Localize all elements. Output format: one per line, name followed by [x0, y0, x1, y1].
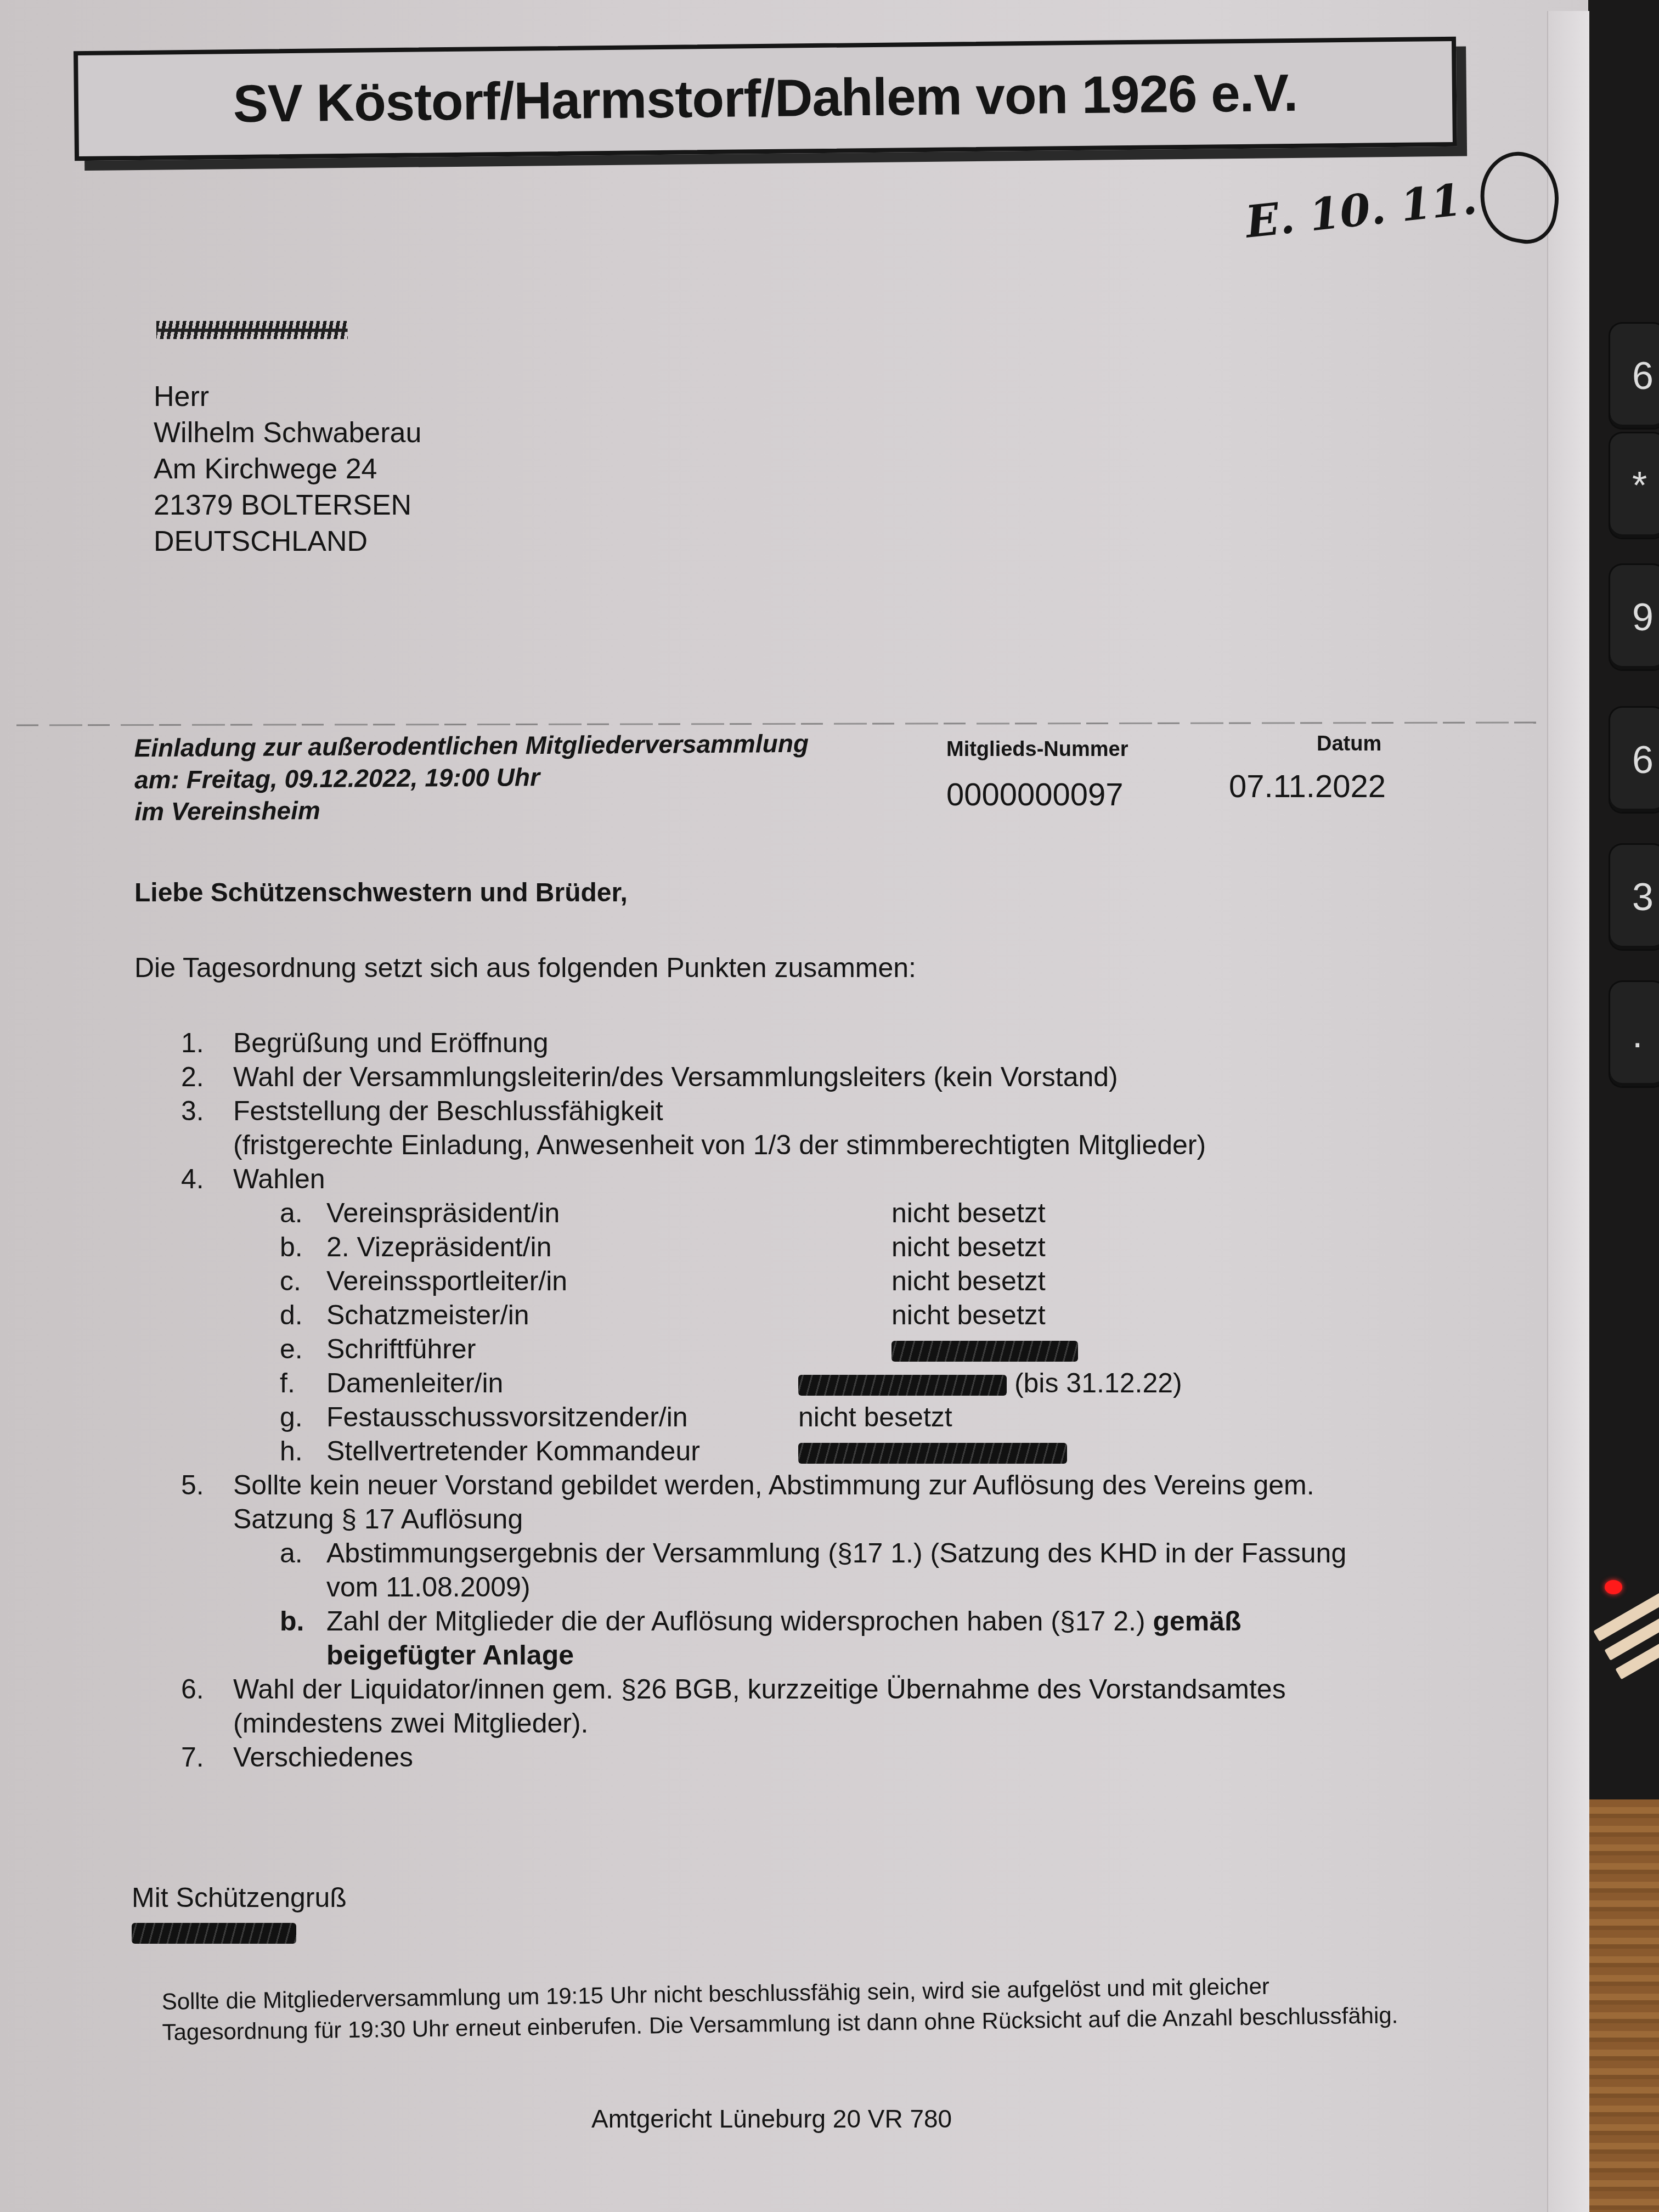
agenda-item: 7. Verschiedenes	[181, 1740, 1498, 1774]
agenda-item: 1. Begrüßung und Eröffnung	[181, 1026, 1498, 1060]
agenda-number: 3.	[181, 1094, 233, 1162]
address-salutation: Herr	[154, 379, 421, 415]
agenda-text: Wahlen	[233, 1162, 1498, 1196]
election-letter: e.	[280, 1332, 326, 1366]
subject-block: Einladung zur außerodentlichen Mitgliede…	[134, 727, 809, 828]
dissolution-letter: a.	[280, 1536, 326, 1604]
agenda-number: 4.	[181, 1162, 233, 1196]
greeting: Liebe Schützenschwestern und Brüder,	[134, 878, 628, 908]
agenda-item: 4. Wahlen	[181, 1162, 1498, 1196]
agenda-number: 7.	[181, 1740, 233, 1774]
address-street: Am Kirchwege 24	[154, 451, 421, 487]
agenda-text: Begrüßung und Eröffnung	[233, 1026, 1498, 1060]
election-letter: g.	[280, 1400, 326, 1434]
election-role: 2. Vizepräsident/in	[326, 1230, 891, 1264]
paper-edge	[1547, 11, 1589, 2212]
dissolution-text-line: vom 11.08.2009)	[326, 1572, 531, 1602]
initials-signature-icon	[1474, 146, 1566, 248]
election-status: nicht besetzt	[891, 1298, 1046, 1332]
agenda-text: Feststellung der Beschlussfähigkeit (fri…	[233, 1094, 1498, 1162]
election-row: c. Vereinssportleiter/in nicht besetzt	[280, 1264, 1498, 1298]
keyboard-key: *	[1610, 433, 1659, 538]
dissolution-letter: b.	[280, 1604, 326, 1672]
agenda-number: 5.	[181, 1468, 233, 1536]
election-role: Festausschussvorsitzender/in	[326, 1400, 798, 1434]
election-row: b. 2. Vizepräsident/in nicht besetzt	[280, 1230, 1498, 1264]
dissolution-text-line: beigefügter Anlage	[326, 1640, 574, 1671]
election-status-redacted	[798, 1434, 1067, 1468]
received-date: E. 10. 11.	[1243, 172, 1479, 248]
keyboard-key: 3	[1610, 845, 1659, 949]
agenda-text-line: Sollte kein neuer Vorstand gebildet werd…	[233, 1470, 1314, 1500]
address-country: DEUTSCHLAND	[154, 523, 421, 560]
election-status: nicht besetzt	[891, 1230, 1046, 1264]
election-status-redacted	[891, 1332, 1078, 1366]
keyboard-key: .	[1610, 982, 1659, 1086]
redaction-mark	[798, 1443, 1067, 1464]
dissolution-row: a. Abstimmungsergebnis der Versammlung (…	[280, 1536, 1498, 1604]
election-status: nicht besetzt	[891, 1264, 1046, 1298]
election-letter: d.	[280, 1298, 326, 1332]
agenda-number: 1.	[181, 1026, 233, 1060]
election-status: nicht besetzt	[891, 1196, 1046, 1230]
election-letter: b.	[280, 1230, 326, 1264]
redaction-mark	[798, 1375, 1007, 1396]
keyboard-key: 9	[1610, 565, 1659, 669]
agenda-item: 3. Feststellung der Beschlussfähigkeit (…	[181, 1094, 1498, 1162]
keyboard-key: 6	[1610, 324, 1659, 428]
election-role: Schatzmeister/in	[326, 1298, 891, 1332]
intro-text: Die Tagesordnung setzt sich aus folgende…	[134, 952, 916, 984]
election-letter: h.	[280, 1434, 326, 1468]
dissolution-text-line: Abstimmungsergebnis der Versammlung (§17…	[326, 1538, 1346, 1568]
subject-date-line: am: Freitag, 09.12.2022, 19:00 Uhr	[134, 759, 809, 796]
address-city: 21379 BOLTERSEN	[154, 487, 421, 523]
closing-phrase: Mit Schützengruß	[132, 1882, 347, 1914]
election-role: Schriftführer	[326, 1332, 891, 1366]
address-name: Wilhelm Schwaberau	[154, 415, 421, 451]
election-row: g. Festausschussvorsitzender/in nicht be…	[280, 1400, 1498, 1434]
agenda-item: 6. Wahl der Liquidator/innen gem. §26 BG…	[181, 1672, 1498, 1740]
dissolution-text-bold: gemäß	[1153, 1606, 1241, 1637]
member-number: 0000000097	[946, 776, 1124, 813]
court-register: Amtgericht Lüneburg 20 VR 780	[591, 2104, 952, 2134]
recipient-address: Herr Wilhelm Schwaberau Am Kirchwege 24 …	[154, 379, 421, 560]
agenda-number: 6.	[181, 1672, 233, 1740]
agenda-text-line: Feststellung der Beschlussfähigkeit	[233, 1096, 663, 1126]
sender-line-redacted: [redacted sender address]	[156, 321, 348, 340]
election-status: nicht besetzt	[798, 1400, 952, 1434]
dissolution-text-line: Zahl der Mitglieder die der Auflösung wi…	[326, 1606, 1145, 1637]
election-note: (bis 31.12.22)	[1014, 1368, 1182, 1398]
dissolution-text: Abstimmungsergebnis der Versammlung (§17…	[326, 1536, 1498, 1604]
member-number-label: Mitglieds-Nummer	[946, 738, 1128, 761]
agenda-text: Verschiedenes	[233, 1740, 1498, 1774]
agenda-text-line: Satzung § 17 Auflösung	[233, 1504, 523, 1534]
subject-line: Einladung zur außerodentlichen Mitgliede…	[134, 727, 809, 764]
agenda-text-line: Wahl der Liquidator/innen gem. §26 BGB, …	[233, 1674, 1286, 1705]
closing-signature-redacted	[132, 1923, 296, 1945]
election-row: e. Schriftführer	[280, 1332, 1498, 1366]
agenda-number: 2.	[181, 1060, 233, 1094]
keyboard-key: 6	[1610, 708, 1659, 812]
subject-location-line: im Vereinsheim	[134, 791, 809, 828]
letterhead-box: SV Köstorf/Harmstorf/Dahlem von 1926 e.V…	[74, 37, 1457, 161]
agenda-item: 5. Sollte kein neuer Vorstand gebildet w…	[181, 1468, 1498, 1536]
redaction-mark	[132, 1923, 296, 1944]
letter-date: 07.11.2022	[1229, 768, 1386, 805]
election-role: Vereinssportleiter/in	[326, 1264, 891, 1298]
election-row: f. Damenleiter/in (bis 31.12.22)	[280, 1366, 1498, 1400]
agenda-item: 2. Wahl der Versammlungsleiterin/des Ver…	[181, 1060, 1498, 1094]
election-role: Damenleiter/in	[326, 1366, 798, 1400]
election-letter: c.	[280, 1264, 326, 1298]
dissolution-row: b. Zahl der Mitglieder die der Auflösung…	[280, 1604, 1498, 1672]
agenda-text: Wahl der Versammlungsleiterin/des Versam…	[233, 1060, 1498, 1094]
election-row: a. Vereinspräsident/in nicht besetzt	[280, 1196, 1498, 1230]
dissolution-text: Zahl der Mitglieder die der Auflösung wi…	[326, 1604, 1498, 1672]
election-letter: a.	[280, 1196, 326, 1230]
election-role: Vereinspräsident/in	[326, 1196, 891, 1230]
agenda-text-line: (fristgerechte Einladung, Anwesenheit vo…	[233, 1130, 1206, 1160]
election-row: h. Stellvertretender Kommandeur	[280, 1434, 1498, 1468]
election-role: Stellvertretender Kommandeur	[326, 1434, 798, 1468]
election-letter: f.	[280, 1366, 326, 1400]
date-label: Datum	[1317, 732, 1381, 756]
club-name: SV Köstorf/Harmstorf/Dahlem von 1926 e.V…	[233, 63, 1297, 134]
redacted-sender: [redacted sender address]	[156, 321, 348, 339]
agenda-text: Sollte kein neuer Vorstand gebildet werd…	[233, 1468, 1498, 1536]
agenda-text: Wahl der Liquidator/innen gem. §26 BGB, …	[233, 1672, 1498, 1740]
election-status-redacted: (bis 31.12.22)	[798, 1366, 1182, 1400]
redaction-mark	[891, 1341, 1078, 1362]
agenda-text-line: (mindestens zwei Mitglieder).	[233, 1708, 588, 1739]
election-row: d. Schatzmeister/in nicht besetzt	[280, 1298, 1498, 1332]
agenda-list: 1. Begrüßung und Eröffnung 2. Wahl der V…	[181, 1026, 1498, 1774]
